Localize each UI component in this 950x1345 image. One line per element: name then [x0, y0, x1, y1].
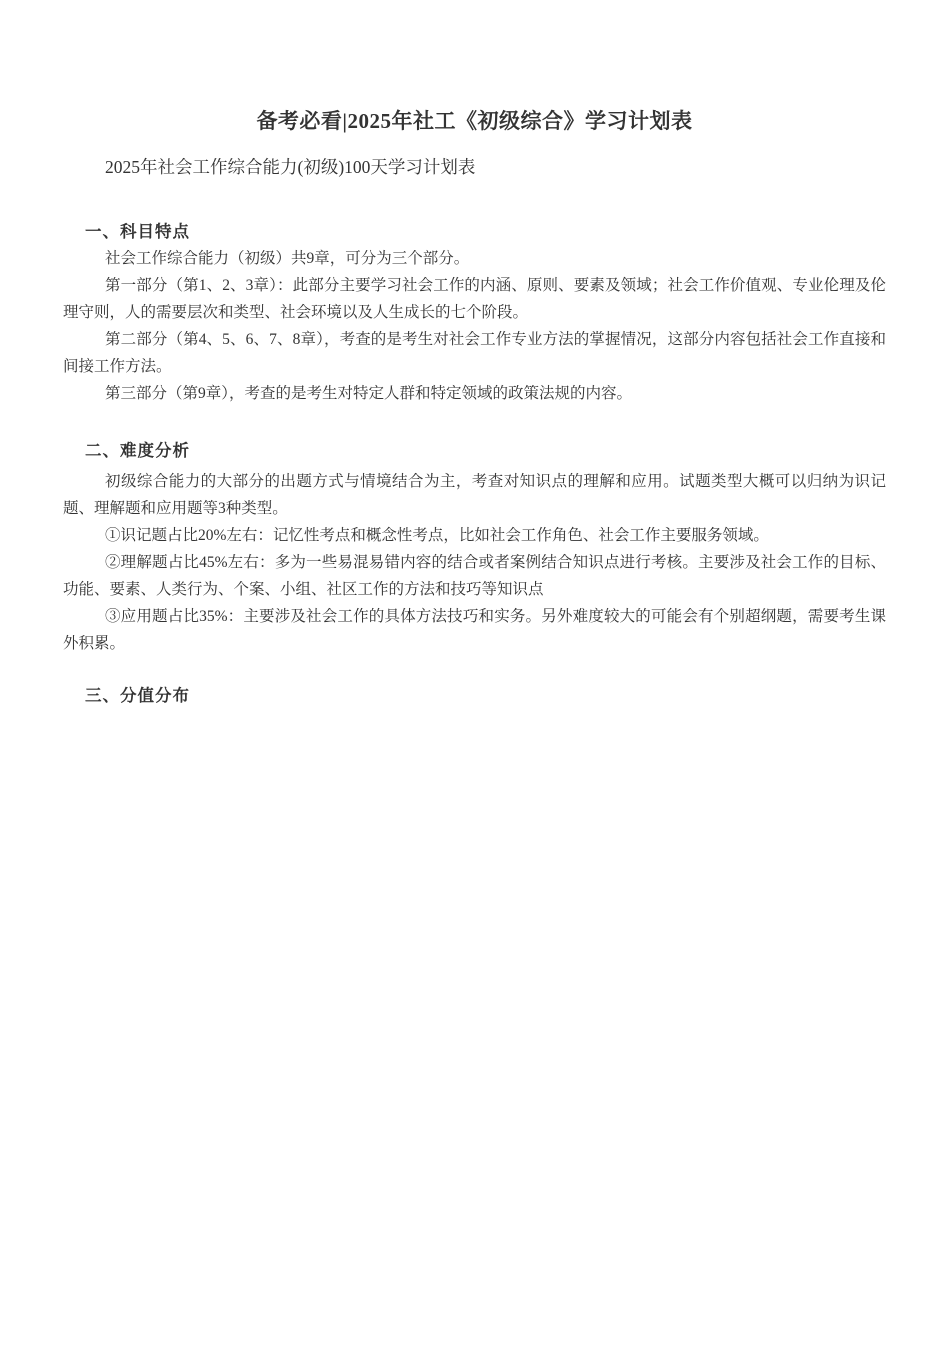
document-subtitle: 2025年社会工作综合能力(初级)100天学习计划表: [63, 155, 886, 179]
paragraph: 社会工作综合能力（初级）共9章，可分为三个部分。: [63, 245, 886, 272]
paragraph: 第一部分（第1、2、3章）：此部分主要学习社会工作的内涵、原则、要素及领域；社会…: [63, 272, 886, 326]
paragraph: 第二部分（第4、5、6、7、8章），考查的是考生对社会工作专业方法的掌握情况，这…: [63, 326, 886, 380]
paragraph: 第三部分（第9章），考查的是考生对特定人群和特定领域的政策法规的内容。: [63, 380, 886, 407]
paragraph: 初级综合能力的大部分的出题方式与情境结合为主，考查对知识点的理解和应用。试题类型…: [63, 468, 886, 522]
section-heading-difficulty-analysis: 二、难度分析: [85, 440, 886, 462]
paragraph: ③应用题占比35%：主要涉及社会工作的具体方法技巧和实务。另外难度较大的可能会有…: [63, 603, 886, 657]
document-page: 备考必看|2025年社工《初级综合》学习计划表 2025年社会工作综合能力(初级…: [0, 0, 950, 1345]
paragraph: ①识记题占比20%左右：记忆性考点和概念性考点，比如社会工作角色、社会工作主要服…: [63, 522, 886, 549]
section-heading-score-distribution: 三、分值分布: [85, 685, 886, 707]
section-subject-features: 一、科目特点 社会工作综合能力（初级）共9章，可分为三个部分。 第一部分（第1、…: [63, 221, 886, 407]
section-heading-subject-features: 一、科目特点: [85, 221, 886, 243]
section-score-distribution: 三、分值分布: [63, 685, 886, 707]
section-difficulty-analysis: 二、难度分析 初级综合能力的大部分的出题方式与情境结合为主，考查对知识点的理解和…: [63, 440, 886, 657]
paragraph: ②理解题占比45%左右：多为一些易混易错内容的结合或者案例结合知识点进行考核。主…: [63, 549, 886, 603]
document-title: 备考必看|2025年社工《初级综合》学习计划表: [63, 107, 886, 135]
